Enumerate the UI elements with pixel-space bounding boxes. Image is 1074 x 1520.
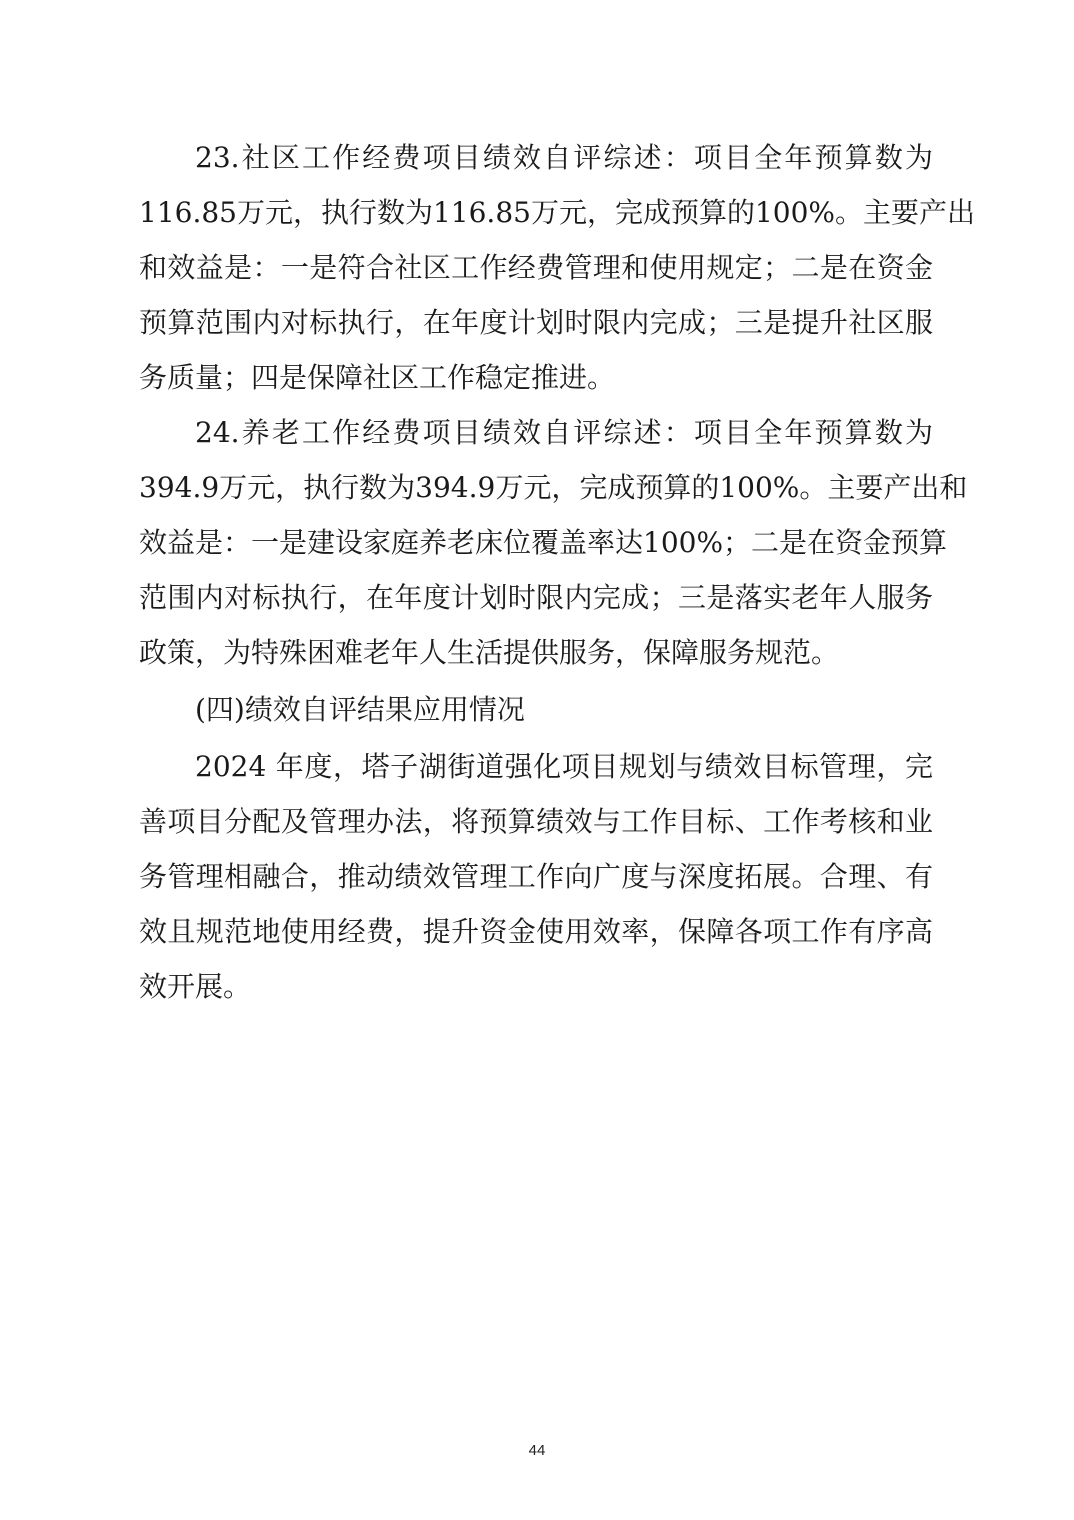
document-page: 23.社区工作经费项目绩效自评综述：项目全年预算数为 116.85万元，执行数为…	[0, 0, 1074, 1520]
paragraph-24-line-4: 范围内对标执行，在年度计划时限内完成；三是落实老年人服务	[139, 578, 933, 618]
summary-line-3: 务管理相融合，推动绩效管理工作向广度与深度拓展。合理、有	[139, 857, 933, 897]
summary-line-4: 效且规范地使用经费，提升资金使用效率，保障各项工作有序高	[139, 912, 933, 952]
paragraph-23-line-4: 预算范围内对标执行，在年度计划时限内完成；三是提升社区服	[139, 303, 933, 343]
summary-line-2: 善项目分配及管理办法，将预算绩效与工作目标、工作考核和业	[139, 802, 933, 842]
summary-line-1: 2024 年度，塔子湖街道强化项目规划与绩效目标管理，完	[195, 747, 933, 787]
paragraph-24-line-5: 政策，为特殊困难老年人生活提供服务，保障服务规范。	[139, 633, 933, 673]
paragraph-24-line-2: 394.9万元，执行数为394.9万元，完成预算的100%。主要产出和	[139, 468, 933, 508]
paragraph-23-line-2: 116.85万元，执行数为116.85万元，完成预算的100%。主要产出	[139, 193, 933, 233]
paragraph-23-line-1: 23.社区工作经费项目绩效自评综述：项目全年预算数为	[195, 138, 933, 178]
section-heading: (四)绩效自评结果应用情况	[195, 690, 695, 730]
page-number: 44	[0, 1442, 1074, 1459]
paragraph-24-line-3: 效益是：一是建设家庭养老床位覆盖率达100%；二是在资金预算	[139, 523, 933, 563]
paragraph-23-line-3: 和效益是：一是符合社区工作经费管理和使用规定；二是在资金	[139, 248, 933, 288]
paragraph-23-line-5: 务质量；四是保障社区工作稳定推进。	[139, 358, 933, 398]
paragraph-24-line-1: 24.养老工作经费项目绩效自评综述：项目全年预算数为	[195, 413, 933, 453]
summary-line-5: 效开展。	[139, 967, 933, 1007]
